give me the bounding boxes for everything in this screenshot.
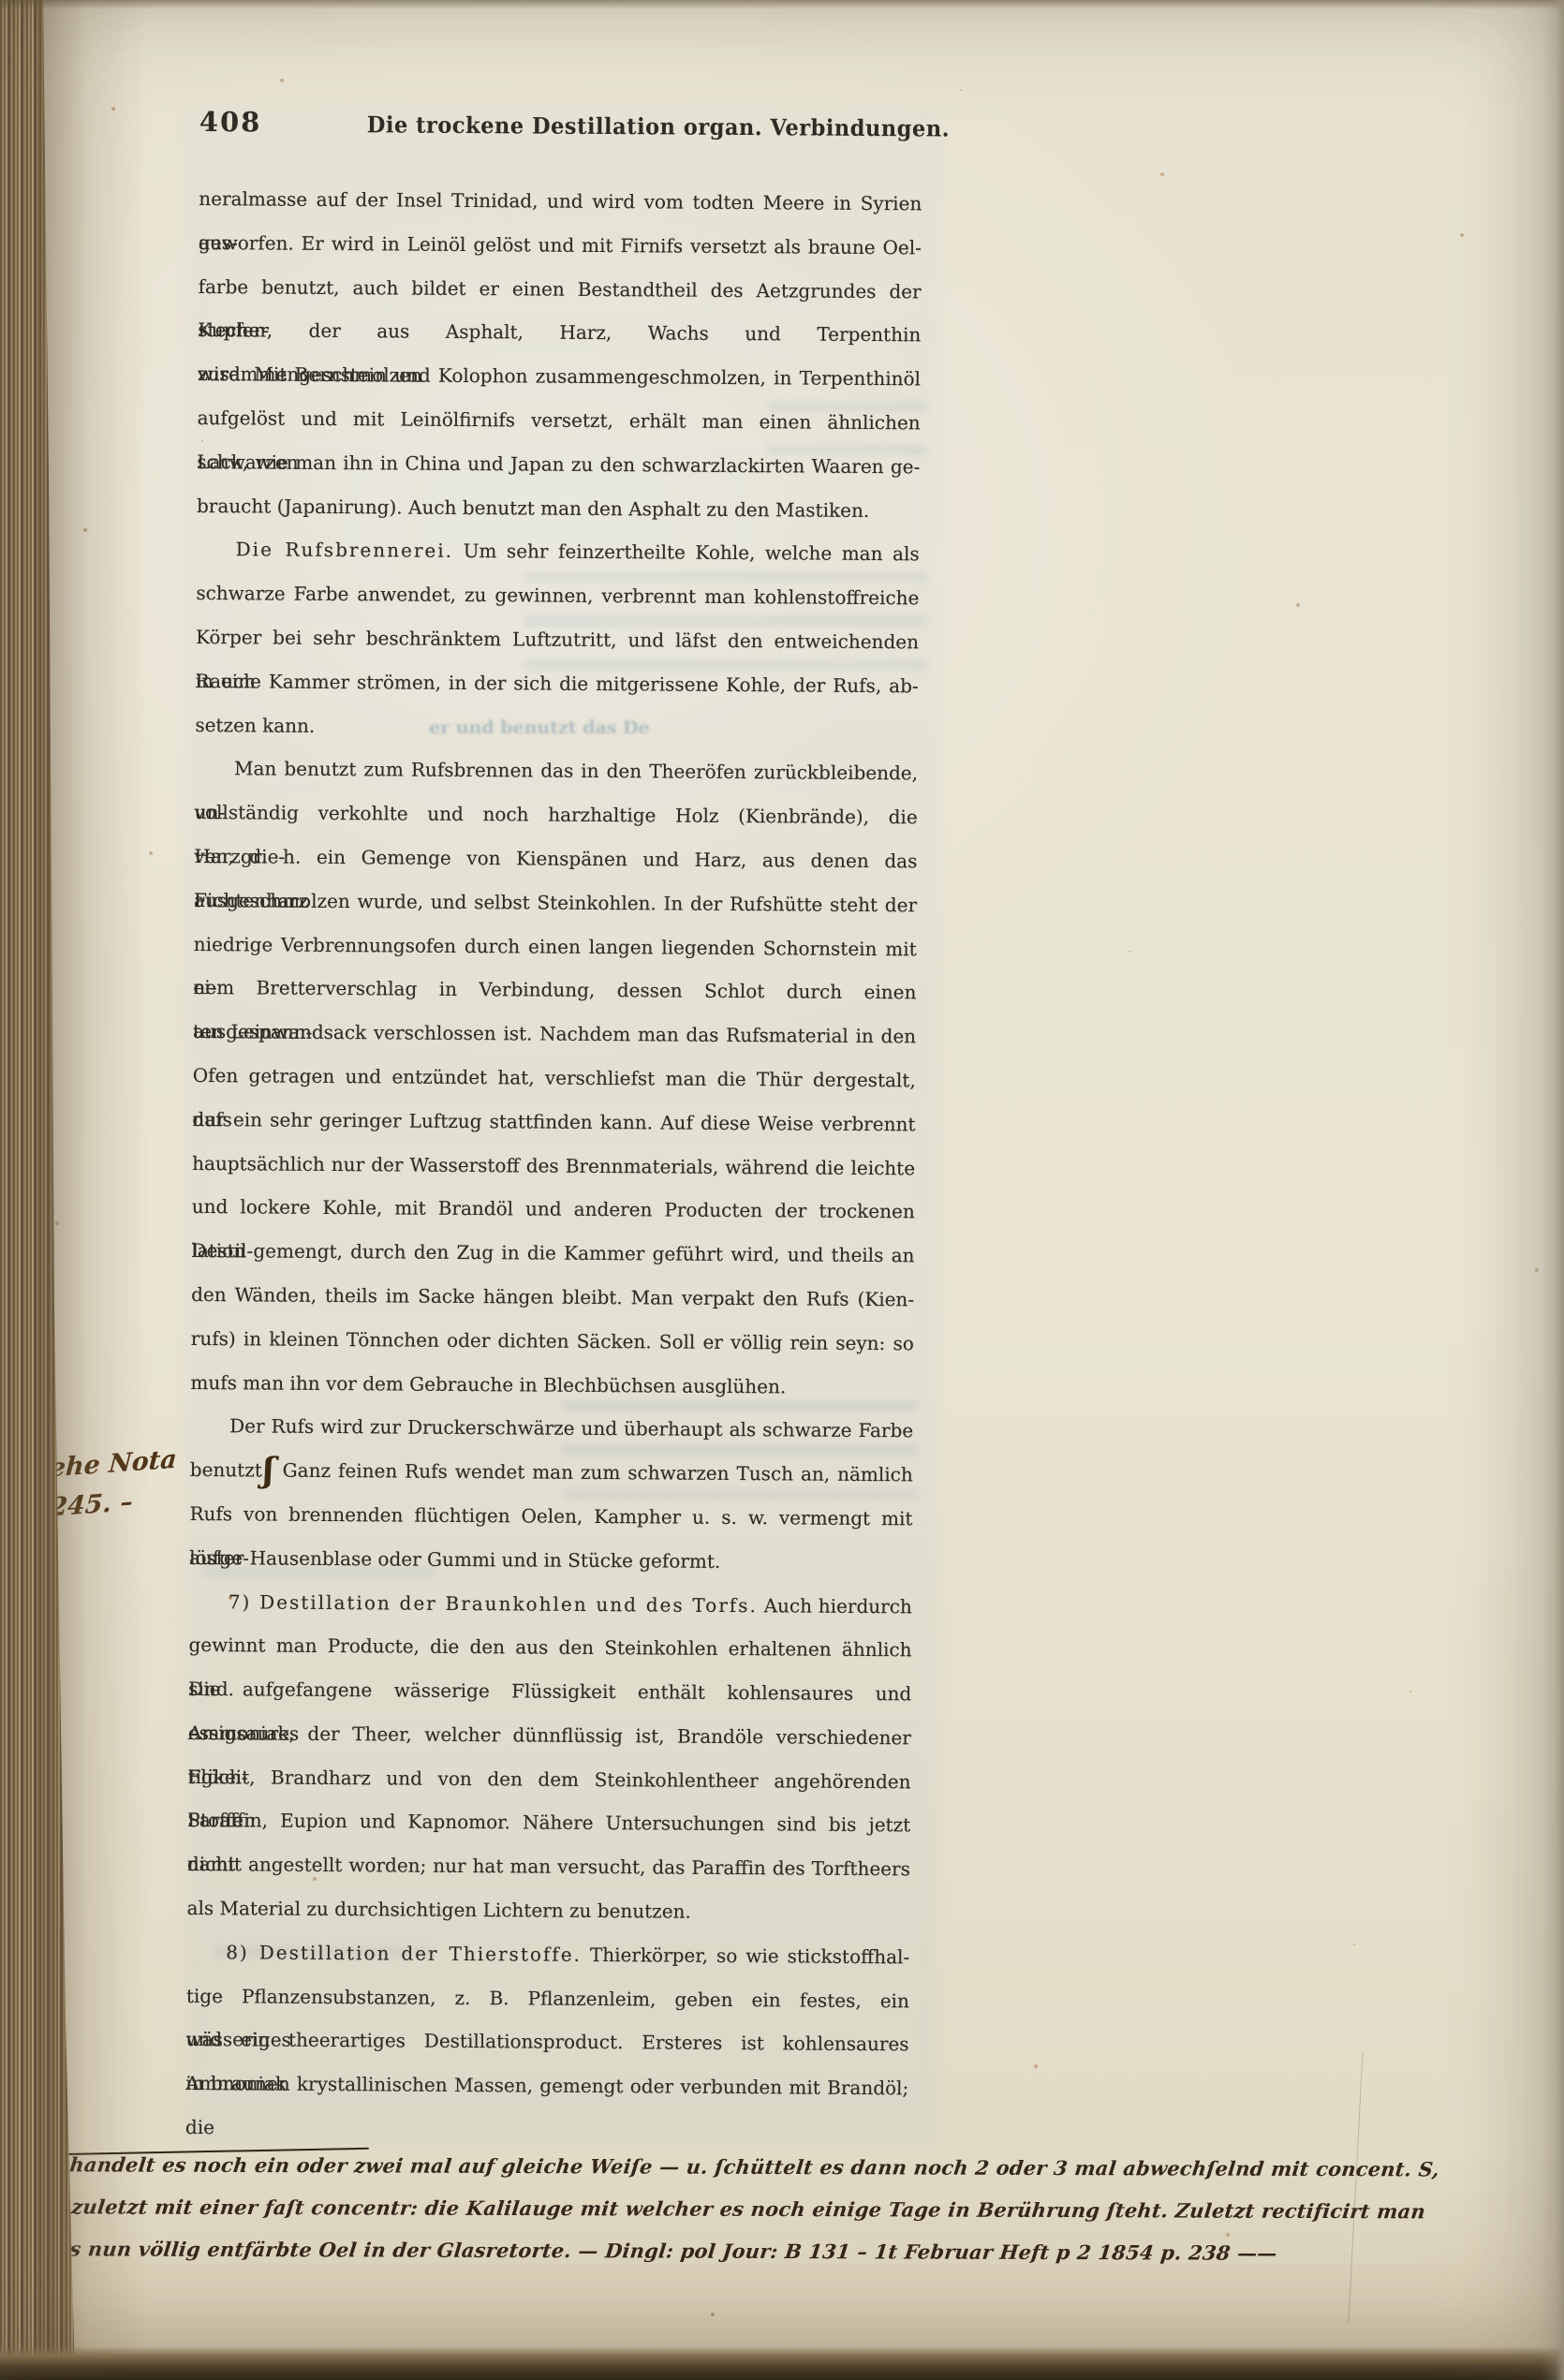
- text-line: wird. Mit Bernstein und Kolophon zusamme…: [198, 352, 921, 401]
- text-line: tige Pflanzensubstanzen, z. B. Pflanzenl…: [186, 1974, 909, 2023]
- text-line: benutztʃ Ganz feinen Rufs wendet man zum…: [190, 1448, 913, 1497]
- text-line: ven, d. h. ein Gemenge von Kienspänen un…: [194, 835, 917, 883]
- text-line: löster Hausenblase oder Gummi und in Stü…: [189, 1536, 912, 1585]
- text-segment: damit angestellt worden; nur hat man ver…: [187, 1853, 910, 1880]
- text-segment: braucht (Japanirung). Auch benutzt man d…: [197, 495, 869, 522]
- text-segment: nur ein sehr geringer Luftzug stattfinde…: [192, 1108, 915, 1135]
- text-segment: lation gemengt, durch den Zug in die Kam…: [191, 1239, 914, 1266]
- text-segment: mufs man ihn vor dem Gebrauche in Blechb…: [190, 1370, 786, 1397]
- page-edge-bottom: [0, 2346, 1564, 2380]
- book-page-scan: er und benutzt das De 408 Die trockene D…: [0, 0, 1564, 2380]
- text-line: nem Bretterverschlag in Verbindung, dess…: [193, 966, 916, 1014]
- text-line: setzen kann.: [195, 703, 918, 752]
- text-line: in eine Kammer strömen, in der sich die …: [196, 659, 919, 708]
- text-line: geworfen. Er wird in Leinöl gelöst und m…: [199, 221, 922, 270]
- handwritten-line: behandelt es noch ein oder zwei mal auf …: [41, 2143, 1526, 2190]
- text-line: braucht (Japanirung). Auch benutzt man d…: [197, 484, 920, 533]
- text-line: Man benutzt zum Rufsbrennen das in den T…: [195, 747, 918, 795]
- text-segment: Der Rufs wird zur Druckerschwärze und üb…: [229, 1415, 913, 1442]
- text-line: und ein theerartiges Destillationsproduc…: [185, 2018, 908, 2066]
- text-line: niedrige Verbrennungsofen durch einen la…: [194, 923, 917, 971]
- running-header: 408 Die trockene Destillation organ. Ver…: [199, 106, 922, 144]
- text-line: hauptsächlich nur der Wasserstoff des Br…: [192, 1142, 915, 1190]
- page-edge-right: [1542, 0, 1564, 2380]
- text-line: ten Leinwandsack verschlossen ist. Nachd…: [193, 1010, 916, 1058]
- text-segment: hauptsächlich nur der Wasserstoff des Br…: [192, 1152, 915, 1179]
- text-line: Ammoniak, der Theer, welcher dünnflüssig…: [188, 1711, 911, 1760]
- text-line: Ofen getragen und entzündet hat, verschl…: [193, 1054, 916, 1102]
- text-line: aufgelöst und mit Leinölfirnifs versetzt…: [198, 396, 921, 445]
- text-segment: wird. Mit Bernstein und Kolophon zusamme…: [198, 362, 921, 390]
- text-line: gewinnt man Producte, die den aus den St…: [188, 1623, 911, 1672]
- text-line: schwarze Farbe anwendet, zu gewinnen, ve…: [196, 571, 919, 620]
- text-line: 7) Destillation der Braunkohlen und des …: [189, 1579, 912, 1628]
- text-segment: als Material zu durchsichtigen Lichtern …: [186, 1897, 690, 1923]
- text-segment: Thierkörper, so wie stickstoffhal-: [582, 1944, 909, 1968]
- text-line: in braunen krystallinischen Massen, geme…: [185, 2062, 908, 2110]
- page-edge-top: [0, 0, 1564, 9]
- text-segment: den Wänden, theils im Sacke hängen bleib…: [191, 1283, 914, 1310]
- text-line: nur ein sehr geringer Luftzug stattfinde…: [192, 1098, 915, 1146]
- text-segment: ten Leinwandsack verschlossen ist. Nachd…: [193, 1020, 916, 1047]
- letterspaced-text: 8) Destillation der Thierstoffe.: [226, 1941, 582, 1966]
- text-segment: Um sehr feinzertheilte Kohle, welche man…: [453, 540, 920, 565]
- text-line: und lockere Kohle, mit Brandöl und ander…: [192, 1185, 915, 1234]
- text-segment: rufs) in kleinen Tönnchen oder dichten S…: [191, 1327, 914, 1354]
- text-segment: schwarze Farbe anwendet, zu gewinnen, ve…: [196, 582, 919, 609]
- text-line: als Material zu durchsichtigen Lichtern …: [186, 1886, 909, 1935]
- text-line: stecher, der aus Asphalt, Harz, Wachs un…: [198, 308, 921, 357]
- text-line: mufs man ihn vor dem Gebrauche in Blechb…: [190, 1360, 913, 1409]
- text-line: 8) Destillation der Thierstoffe. Thierkö…: [186, 1930, 909, 1979]
- text-segment: in eine Kammer strömen, in der sich die …: [196, 670, 919, 697]
- text-line: farbe benutzt, auch bildet er einen Best…: [198, 265, 921, 314]
- text-line: rufs) in kleinen Tönnchen oder dichten S…: [191, 1317, 914, 1366]
- text-segment: Auch hierdurch: [758, 1594, 912, 1618]
- text-line: damit angestellt worden; nur hat man ver…: [187, 1842, 910, 1891]
- text-line: Lack, wie man ihn in China und Japan zu …: [197, 440, 920, 489]
- text-line: Die Rufsbrennerei. Um sehr feinzertheilt…: [197, 527, 920, 576]
- letterspaced-text: 7) Destillation der Braunkohlen und des …: [229, 1590, 758, 1617]
- footer-note-handwritten: behandelt es noch ein oder zwei mal auf …: [43, 2143, 1523, 2275]
- text-segment: setzen kann.: [195, 714, 315, 737]
- handwritten-line: das nun völlig entfärbte Oel in der Glas…: [40, 2227, 1525, 2274]
- text-line: Der Rufs wird zur Druckerschwärze und üb…: [190, 1404, 913, 1453]
- page-number: 408: [199, 106, 262, 138]
- text-segment: Lack, wie man ihn in China und Japan zu …: [197, 451, 920, 478]
- handwritten-line: u. zuletzt mit einer faſt concentr: die …: [41, 2185, 1526, 2232]
- text-line: den Wänden, theils im Sacke hängen bleib…: [191, 1273, 914, 1322]
- text-line: Die aufgefangene wässerige Flüssigkeit e…: [188, 1667, 911, 1716]
- text-line: vollständig verkohlte und noch harzhalti…: [195, 791, 918, 839]
- text-line: Paraffin, Eupion und Kapnomor. Nähere Un…: [187, 1798, 910, 1847]
- text-line: Körper bei sehr beschränktem Luftzutritt…: [196, 615, 919, 664]
- text-line: lation gemengt, durch den Zug in die Kam…: [191, 1229, 914, 1278]
- text-segment: löster Hausenblase oder Gummi und in Stü…: [189, 1546, 720, 1573]
- text-line: neralmasse auf der Insel Trinidad, und w…: [199, 177, 922, 226]
- text-segment: ausgeschmolzen wurde, und selbst Steinko…: [194, 889, 917, 916]
- letterspaced-text: Die Rufsbrennerei.: [236, 539, 454, 563]
- gutter-shadow: [37, 0, 150, 2380]
- text-line: ausgeschmolzen wurde, und selbst Steinko…: [194, 879, 917, 927]
- body-text: neralmasse auf der Insel Trinidad, und w…: [185, 177, 922, 2110]
- text-line: tigkeit, Brandharz und von den dem Stein…: [187, 1755, 910, 1804]
- text-line: Rufs von brennenden flüchtigen Oelen, Ka…: [189, 1492, 912, 1541]
- page-title: Die trockene Destillation organ. Verbind…: [366, 111, 949, 141]
- text-segment: Ganz feinen Rufs wendet man zum schwarze…: [275, 1459, 913, 1486]
- printed-text-block: 408 Die trockene Destillation organ. Ver…: [185, 106, 922, 2110]
- text-segment: geworfen. Er wird in Leinöl gelöst und m…: [199, 231, 922, 259]
